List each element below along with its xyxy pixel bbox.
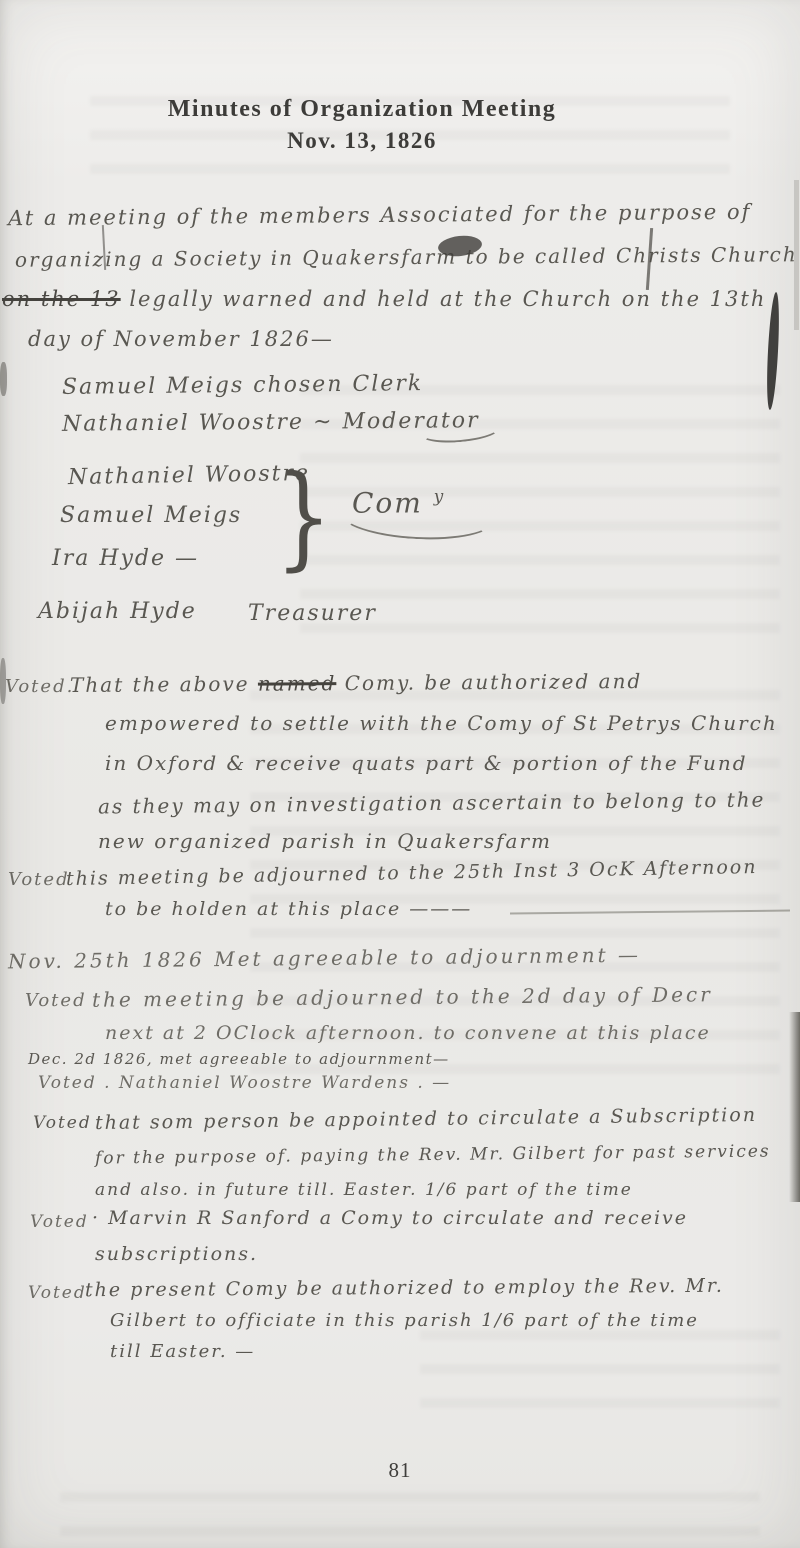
struck-out-words: on the 13 bbox=[2, 287, 121, 311]
page-number: 81 bbox=[370, 1458, 430, 1483]
treasurer-name: Abijah Hyde bbox=[38, 599, 197, 624]
right-edge-ink-blotch bbox=[765, 292, 781, 410]
committee-name-1: Nathaniel Woostre bbox=[68, 461, 310, 490]
manuscript-opening-line4: day of November 1826— bbox=[28, 327, 334, 351]
committee-name-2: Samuel Meigs bbox=[60, 503, 242, 528]
vote1-line3: in Oxford & receive quats part & portion… bbox=[105, 751, 748, 775]
vote6-label: Voted bbox=[30, 1212, 89, 1232]
vote2-line2: to be holden at this place ——— bbox=[105, 898, 472, 920]
committee-name-3: Ira Hyde — bbox=[52, 546, 199, 571]
vote7-label: Voted bbox=[28, 1283, 87, 1303]
right-page-edge-shadow bbox=[789, 1012, 800, 1202]
committee-label-sup: y bbox=[434, 486, 445, 506]
vote1-line2: empowered to settle with the Comy of St … bbox=[105, 711, 778, 735]
vote1-line1: That the above named Comy. be authorized… bbox=[70, 669, 642, 697]
manuscript-opening-line3: on the 13 legally warned and held at the… bbox=[2, 287, 766, 311]
bleed-through-texture bbox=[420, 1330, 780, 1420]
vote1-struck-word: named bbox=[258, 671, 337, 696]
warden-vote-line: Voted . Nathaniel Woostre Wardens . — bbox=[38, 1073, 451, 1093]
vote5-line2: for the purpose of. paying the Rev. Mr. … bbox=[95, 1141, 771, 1168]
clerk-line: Samuel Meigs chosen Clerk bbox=[62, 371, 423, 400]
page-title-line2: Nov. 13, 1826 bbox=[0, 128, 724, 154]
committee-label-main: Com bbox=[352, 486, 423, 519]
vote2-label: Voted bbox=[8, 869, 70, 890]
moderator-line: Nathaniel Woostre ~ Moderator bbox=[62, 408, 480, 437]
vote5-line3: and also. in future till. Easter. 1/6 pa… bbox=[95, 1180, 633, 1200]
treasurer-title: Treasurer bbox=[248, 601, 377, 626]
vote5-line1: that som person be appointed to circulat… bbox=[95, 1104, 757, 1134]
bleed-through-texture bbox=[60, 1492, 760, 1548]
vote1-label: Voted. bbox=[5, 676, 74, 697]
nov25-heading: Nov. 25th 1826 Met agreeable to adjournm… bbox=[8, 943, 641, 974]
committee-brace: } bbox=[275, 452, 332, 582]
trailing-rule-stroke bbox=[510, 910, 790, 915]
vote1-line1-post: Comy. be authorized and bbox=[336, 669, 642, 695]
scanned-document-page: Minutes of Organization Meeting Nov. 13,… bbox=[0, 0, 800, 1548]
manuscript-opening-line2: organizing a Society in Quakersfarm to b… bbox=[15, 242, 798, 271]
committee-label: Com y bbox=[352, 486, 445, 519]
vote3-line2: next at 2 OClock afternoon. to convene a… bbox=[105, 1022, 711, 1044]
opening-line3-rest: legally warned and held at the Church on… bbox=[121, 287, 767, 311]
vote5-label: Voted bbox=[33, 1113, 92, 1133]
left-edge-mark bbox=[0, 362, 7, 396]
vote6-line1: · Marvin R Sanford a Comy to circulate a… bbox=[92, 1207, 688, 1229]
vote2-line1: this meeting be adjourned to the 25th In… bbox=[66, 856, 758, 890]
vote3-label: Voted bbox=[25, 990, 87, 1011]
vote7-line1: the present Comy be authorized to employ… bbox=[85, 1275, 724, 1301]
vote3-line1: the meeting be adjourned to the 2d day o… bbox=[92, 982, 713, 1011]
vote1-line1-pre: That the above bbox=[70, 672, 258, 697]
dec2-heading: Dec. 2d 1826, met agreeable to adjournme… bbox=[28, 1050, 450, 1068]
vote1-line4: as they may on investigation ascertain t… bbox=[98, 788, 766, 819]
vote7-line2: Gilbert to officiate in this parish 1/6 … bbox=[110, 1310, 699, 1331]
manuscript-opening-line1: At a meeting of the members Associated f… bbox=[8, 200, 752, 230]
vote7-line3: till Easter. — bbox=[110, 1341, 255, 1362]
page-title-line1: Minutes of Organization Meeting bbox=[0, 96, 724, 123]
vote6-line2: subscriptions. bbox=[95, 1243, 258, 1265]
vote1-line5: new organized parish in Quakersfarm bbox=[98, 829, 552, 853]
